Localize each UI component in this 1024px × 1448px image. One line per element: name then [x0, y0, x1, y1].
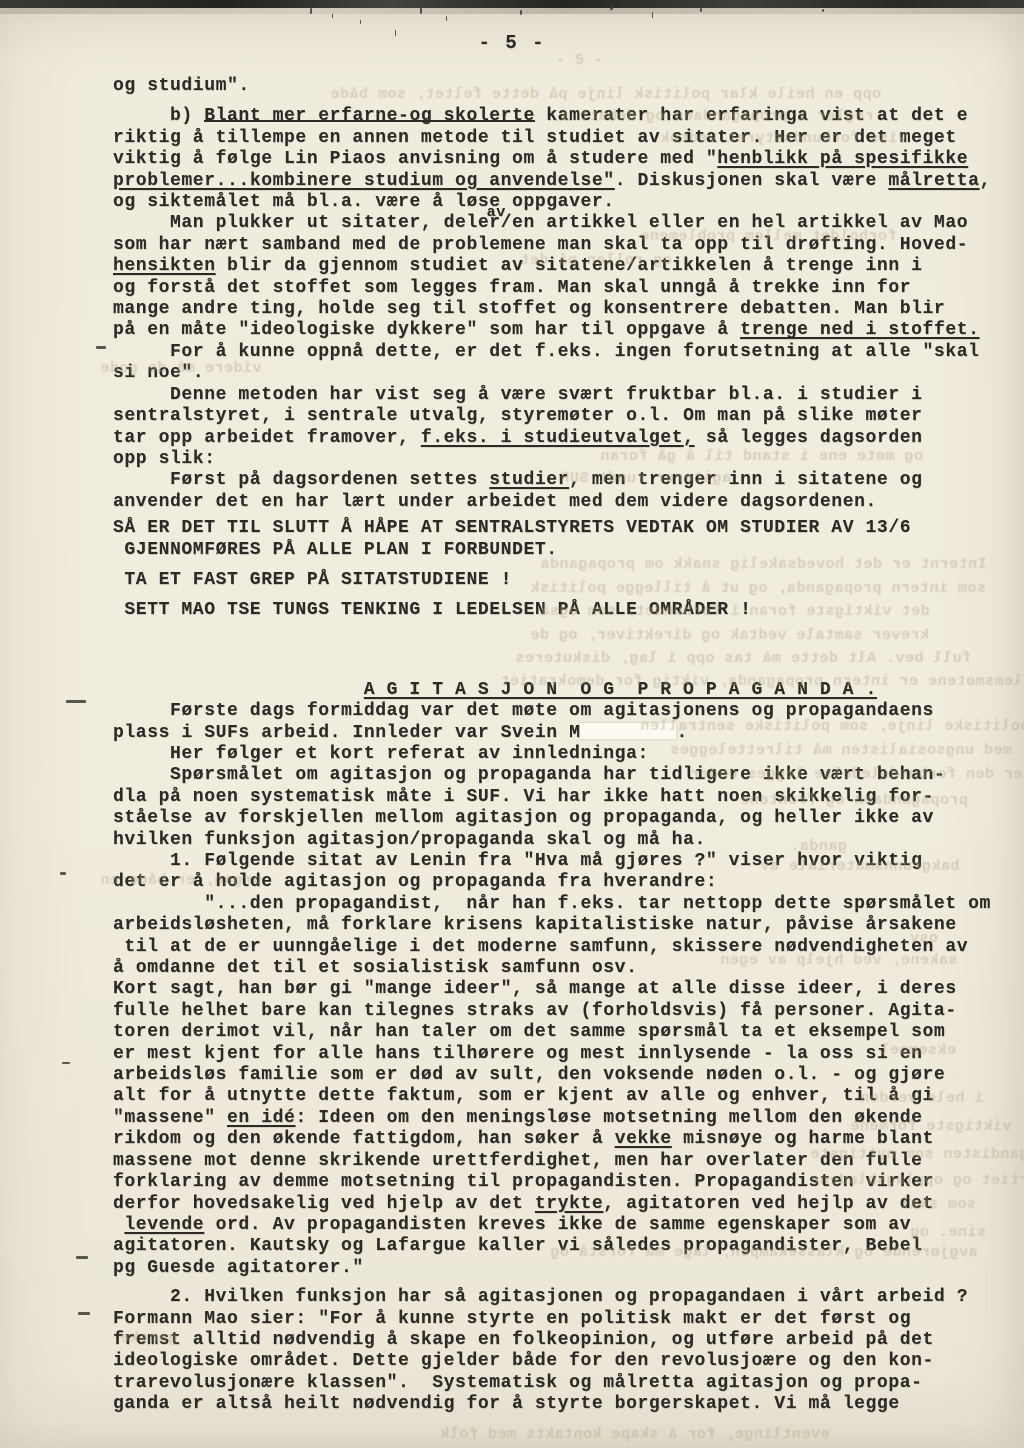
bleedthrough-text: full bev. Alt dette må tas opp i lag, di… — [515, 650, 971, 668]
emphasized-text: målretta — [888, 171, 979, 191]
bleedthrough-text: opp en heile klar politisk linje på dett… — [330, 86, 881, 104]
emphasized-text: levende — [124, 1215, 204, 1235]
bleedthrough-text: eksempel — [880, 1042, 956, 1060]
text-line: Først på dagsordenen settes studier, men… — [113, 470, 993, 491]
bleedthrough-text: eventlinge, for å skape kontakts med fol… — [440, 1426, 830, 1444]
ink-mark — [96, 346, 106, 349]
ink-mark — [822, 9, 824, 12]
bleedthrough-text: organ, er både en — [100, 872, 262, 890]
bleedthrough-text: ganske — [120, 1330, 177, 1348]
text-line: på en måte "ideologiske dykkere" som har… — [113, 320, 993, 341]
text-line: ståelse av forskjellen mellom agitasjon … — [113, 808, 993, 829]
text-line: hvilken funksjon agitasjon/propaganda sk… — [113, 830, 993, 851]
bleedthrough-text: med ungsosialisten må tilrettelegges — [670, 742, 1012, 760]
bleedthrough-text: som skal — [900, 1196, 976, 1214]
emphasized-text: problemer...kombinere studium og anvende… — [113, 171, 615, 191]
bleedthrough-text: bakgrunnsmateriale av — [760, 858, 960, 876]
text-line: og siktemålet må bl.a. være å løse oppga… — [113, 192, 993, 213]
scanner-edge — [0, 0, 1024, 8]
bleedthrough-text: for partiet og opplagsbladene — [810, 1172, 1024, 1190]
bleedthrough-text: regler i propagandaen og debatt i — [560, 108, 874, 126]
ink-mark — [60, 872, 66, 875]
ink-mark — [760, 5, 774, 7]
ink-mark — [332, 14, 333, 18]
text-line: ideologiske området. Dette gjelder både … — [113, 1351, 993, 1372]
ink-mark — [310, 8, 312, 14]
text-line: "...den propagandist, når han f.eks. tar… — [113, 894, 993, 915]
ink-mark — [78, 1312, 90, 1315]
emphasized-text: trenge ned i stoffet. — [740, 320, 979, 340]
bleedthrough-text: og møte ene i stand til å gå foran — [600, 448, 923, 466]
bleedthrough-text: viktigste formene — [850, 1118, 1012, 1136]
bleedthrough-text: som intern propaganda, og ut å tillegge … — [530, 580, 986, 598]
text-line: levende ord. Av propagandisten kreves ik… — [113, 1215, 993, 1236]
bleedthrough-text: propagandisten som nyttigste — [810, 1146, 1024, 1164]
text-line: trarevolusjonære klassen". Systematisk o… — [113, 1373, 993, 1394]
text-line: problemer...kombinere studium og anvende… — [113, 171, 993, 192]
page-number: - 5 - — [0, 32, 1024, 54]
bleedthrough-text: medlemsmøtene er intern propaganda, vikt… — [500, 673, 1024, 691]
bleedthrough-text: Internt er det hovedsakelig snakk om pro… — [540, 556, 987, 574]
bleedthrough-text: - 5 - — [556, 52, 604, 70]
emphasized-text: f.eks. i studieutvalget, — [421, 428, 695, 448]
text-line: fremst alltid nødvendig å skape en folke… — [113, 1330, 993, 1351]
emphasized-text: henblikk på spesifikke — [717, 149, 968, 169]
bleedthrough-text: ganda. — [790, 838, 847, 856]
ink-mark — [395, 30, 396, 36]
ink-mark — [76, 1256, 88, 1259]
text-line: arbeidsløsheten, må forklare krisens kap… — [113, 915, 993, 936]
ink-mark — [520, 10, 522, 15]
text-line: fulle helhet bare kan tilegnes straks av… — [113, 1001, 993, 1022]
ink-mark — [446, 16, 447, 21]
bleedthrough-text: og rollen på det — [520, 252, 672, 270]
bleedthrough-text: sine. og — [910, 1224, 986, 1242]
text-line: ganda er altså heilt nødvendig for å sty… — [113, 1394, 993, 1415]
ink-mark — [420, 6, 422, 14]
text-line: toren derimot vil, når han taler om det … — [113, 1022, 993, 1043]
ink-mark — [66, 700, 86, 703]
emphasized-text: studier — [489, 470, 569, 490]
scanner-edge-shadow — [0, 8, 1024, 14]
text-line: anvender det en har lært under arbeidet … — [113, 492, 993, 513]
text-line: 2. Hvilken funksjon har så agitasjonen o… — [113, 1287, 993, 1308]
text-line: sentralstyret, i sentrale utvalg, styrem… — [113, 406, 993, 427]
text-line: og forstå det stoffet som legges fram. M… — [113, 278, 993, 299]
text-line: mange andre ting, holde seg til stoffet … — [113, 299, 993, 320]
bleedthrough-text: sakene, ved hjelp av egen — [720, 952, 958, 970]
text-line: Kort sagt, han bør gi "mange ideer", så … — [113, 979, 993, 1000]
emphasized-text: hensikten — [113, 256, 216, 276]
bleedthrough-text: avgjørende og klassekampen, lage må fors… — [550, 1244, 978, 1262]
emphasized-text: Blant mer erfarne-og skolerte — [204, 106, 535, 126]
bleedthrough-text: i hele verden — [860, 1090, 984, 1108]
bleedthrough-text: politiske linje, som politiske sentralle… — [640, 718, 1024, 736]
text-line: arbeidsløs familie som er død av sult, d… — [113, 1065, 993, 1086]
text-line: tar opp arbeidet framover, f.eks. i stud… — [113, 428, 993, 449]
bleedthrough-text: krever samtale vedtak og direktiver, og … — [530, 627, 929, 645]
ink-mark — [610, 6, 613, 10]
emphasized-text: trykte — [535, 1194, 603, 1214]
bleedthrough-text: propagandaen og frontene — [740, 792, 968, 810]
bleedthrough-text: det viktigste foran i forbundet, som ogs… — [540, 603, 930, 621]
text-line: Formann Mao sier: "For å kunne styrte en… — [113, 1309, 993, 1330]
ink-mark — [700, 8, 702, 12]
bleedthrough-text: viss forbundsstyret vedtok — [660, 130, 907, 148]
ink-mark — [652, 12, 653, 18]
text-line: derfor hovedsakelig ved hjelp av det try… — [113, 1194, 993, 1215]
bleedthrough-text: osv. — [900, 930, 938, 948]
bleedthrough-text: agiterer rundt SUF — [560, 470, 731, 488]
ink-mark — [62, 1062, 70, 1064]
ink-mark — [360, 20, 361, 24]
bleedthrough-text: forholdet mellom problemene — [640, 228, 897, 246]
text-line: viktig å følge Lin Piaos anvisning om å … — [113, 149, 993, 170]
text-line: er mest kjent for alle hans tilhørere og… — [113, 1044, 993, 1065]
emphasized-text: vekke — [615, 1129, 672, 1149]
scanned-document-page: - 5 - og studium".b) Blant mer erfarne-o… — [0, 0, 1024, 1448]
text-line: SÅ ER DET TIL SLUTT Å HÅPE AT SENTRALSTY… — [113, 518, 993, 539]
bleedthrough-text: under den forbundsledelse legges under — [690, 766, 1024, 784]
emphasized-text: en idé — [227, 1108, 295, 1128]
text-line: Denne metoden har vist seg å være svært … — [113, 385, 993, 406]
bleedthrough-text: videre må de gode — [100, 360, 262, 378]
